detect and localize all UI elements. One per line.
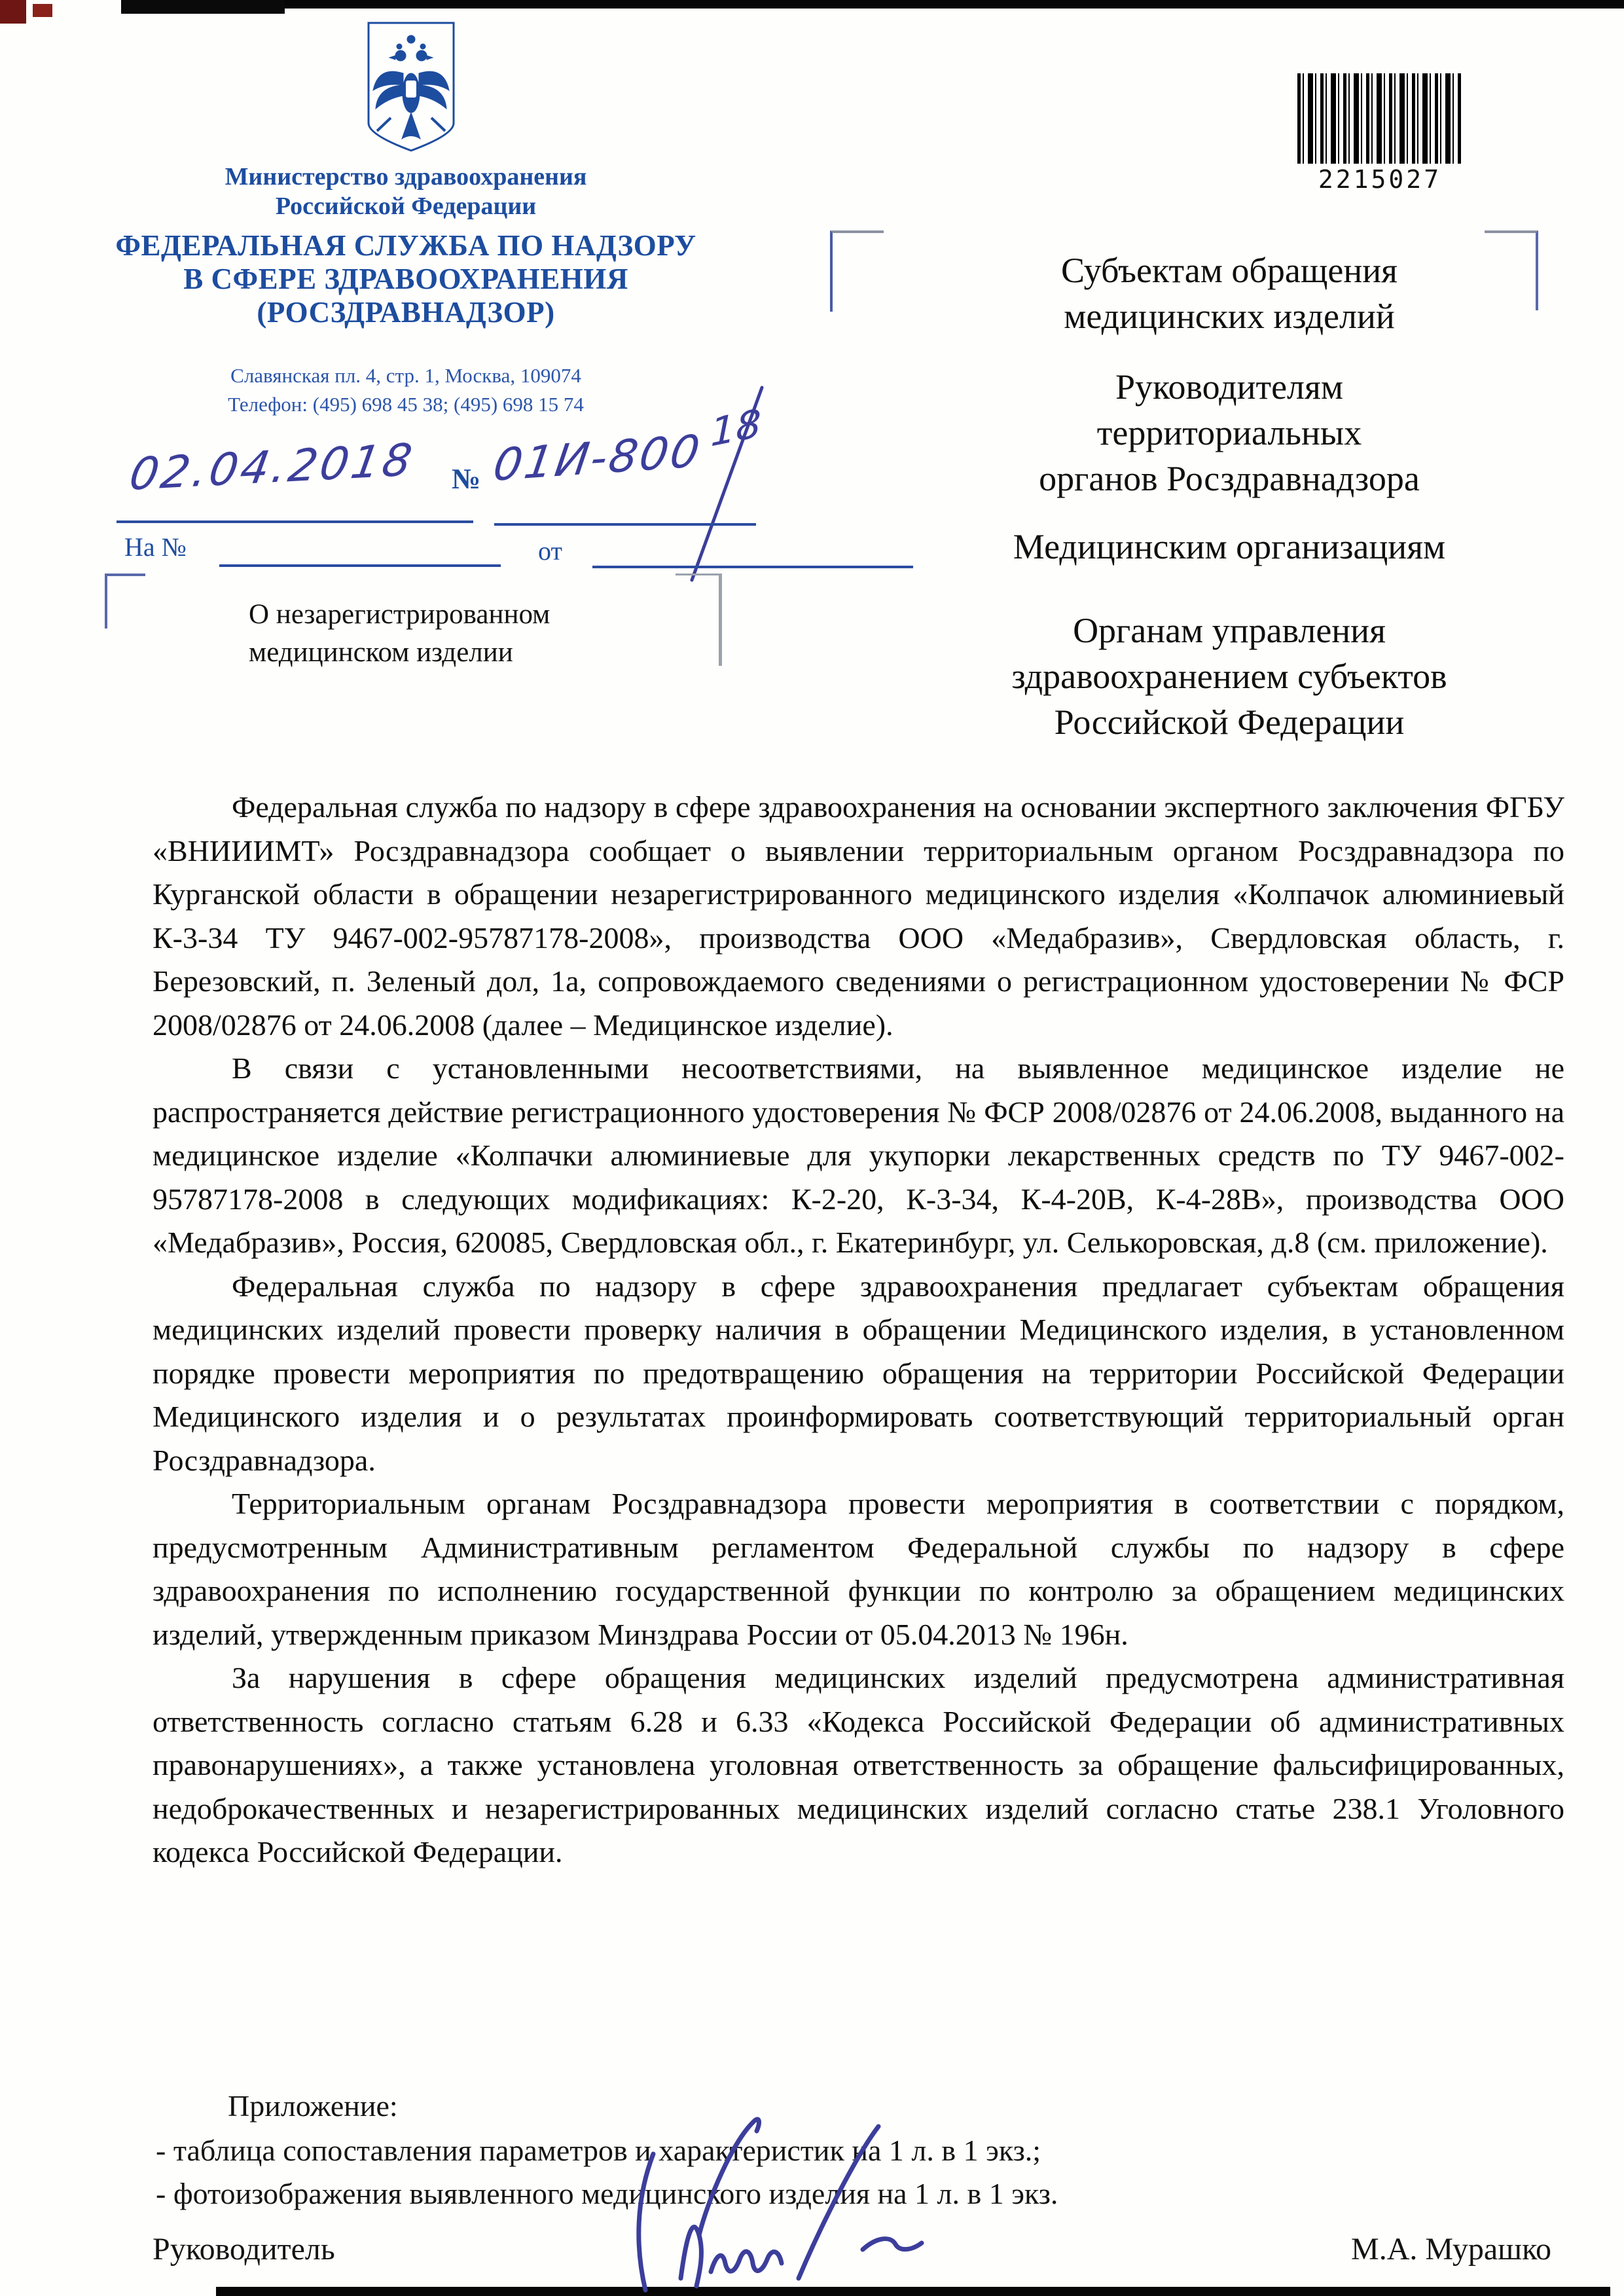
- service-name-line: В СФЕРЕ ЗДРАВООХРАНЕНИЯ: [98, 263, 713, 296]
- recipient-block: Субъектам обращения медицинских изделий: [967, 247, 1491, 339]
- scan-artifact-corner-blob: [33, 4, 52, 17]
- recipient-line: органов Росздравнадзора: [967, 456, 1491, 501]
- scan-artifact-top-bar-thick: [121, 0, 285, 14]
- date-underline: [117, 520, 473, 523]
- recipient-line: здравоохранением субъектов: [967, 653, 1491, 699]
- body-paragraph: Федеральная служба по надзору в сфере зд…: [153, 1265, 1564, 1483]
- recipient-block: Медицинским организациям: [967, 524, 1491, 570]
- service-name: ФЕДЕРАЛЬНАЯ СЛУЖБА ПО НАДЗОРУ В СФЕРЕ ЗД…: [98, 229, 713, 329]
- reply-to-label: На №: [124, 532, 187, 562]
- number-underline: [494, 523, 756, 526]
- subject-block: О незарегистрированном медицинском издел…: [249, 596, 746, 672]
- letterhead-contact: Славянская пл. 4, стр. 1, Москва, 109074…: [98, 361, 713, 419]
- barcode: [1297, 73, 1462, 164]
- recipients-corner-bracket-right: [1485, 230, 1538, 310]
- recipient-line: территориальных: [967, 410, 1491, 456]
- ministry-name-line: Министерство здравоохранения: [98, 162, 713, 192]
- reply-from-label: от: [538, 536, 562, 566]
- barcode-number: 2215027: [1297, 165, 1462, 194]
- letter-body: Федеральная служба по надзору в сфере зд…: [153, 786, 1564, 1874]
- attachments-label: Приложение:: [228, 2088, 398, 2123]
- ministry-name-line: Российской Федерации: [98, 192, 713, 221]
- signer-position: Руководитель: [153, 2231, 335, 2267]
- coat-of-arms-icon: [362, 20, 460, 154]
- handwritten-signature-icon: [583, 2113, 949, 2295]
- document-page: Министерство здравоохранения Российской …: [0, 0, 1624, 2296]
- reply-number-underline: [219, 564, 501, 567]
- ministry-name: Министерство здравоохранения Российской …: [98, 162, 713, 221]
- recipient-line: медицинских изделий: [967, 293, 1491, 339]
- signer-name: М.А. Мурашко: [1276, 2231, 1551, 2267]
- scan-artifact-top-bar: [121, 0, 1624, 9]
- body-paragraph: Территориальным органам Росздравнадзора …: [153, 1482, 1564, 1656]
- number-sign: №: [452, 462, 480, 496]
- recipient-line: Руководителям: [967, 364, 1491, 410]
- recipient-line: Органам управления: [967, 608, 1491, 653]
- handwritten-date: 02.04.2018: [126, 435, 418, 501]
- phone-line: Телефон: (495) 698 45 38; (495) 698 15 7…: [98, 390, 713, 419]
- body-paragraph: В связи с установленными несоответствиям…: [153, 1047, 1564, 1265]
- recipient-line: Субъектам обращения: [967, 247, 1491, 293]
- recipient-line: Медицинским организациям: [967, 524, 1491, 570]
- subject-corner-bracket-left: [105, 574, 145, 629]
- recipient-block: Руководителям территориальных органов Ро…: [967, 364, 1491, 501]
- address-line: Славянская пл. 4, стр. 1, Москва, 109074: [98, 361, 713, 390]
- subject-line: О незарегистрированном: [249, 596, 746, 634]
- service-name-line: ФЕДЕРАЛЬНАЯ СЛУЖБА ПО НАДЗОРУ: [98, 229, 713, 263]
- recipients-corner-bracket-left: [830, 230, 884, 312]
- subject-line: медицинском изделии: [249, 634, 746, 672]
- scan-artifact-corner-blob: [0, 0, 26, 24]
- body-paragraph: Федеральная служба по надзору в сфере зд…: [153, 786, 1564, 1047]
- reply-date-underline: [592, 566, 913, 568]
- body-paragraph: За нарушения в сфере обращения медицинск…: [153, 1656, 1564, 1874]
- recipient-block: Органам управления здравоохранением субъ…: [967, 608, 1491, 745]
- recipient-line: Российской Федерации: [967, 699, 1491, 745]
- service-name-line: (РОСЗДРАВНАДЗОР): [98, 296, 713, 329]
- handwritten-number: 01И-800: [490, 426, 705, 492]
